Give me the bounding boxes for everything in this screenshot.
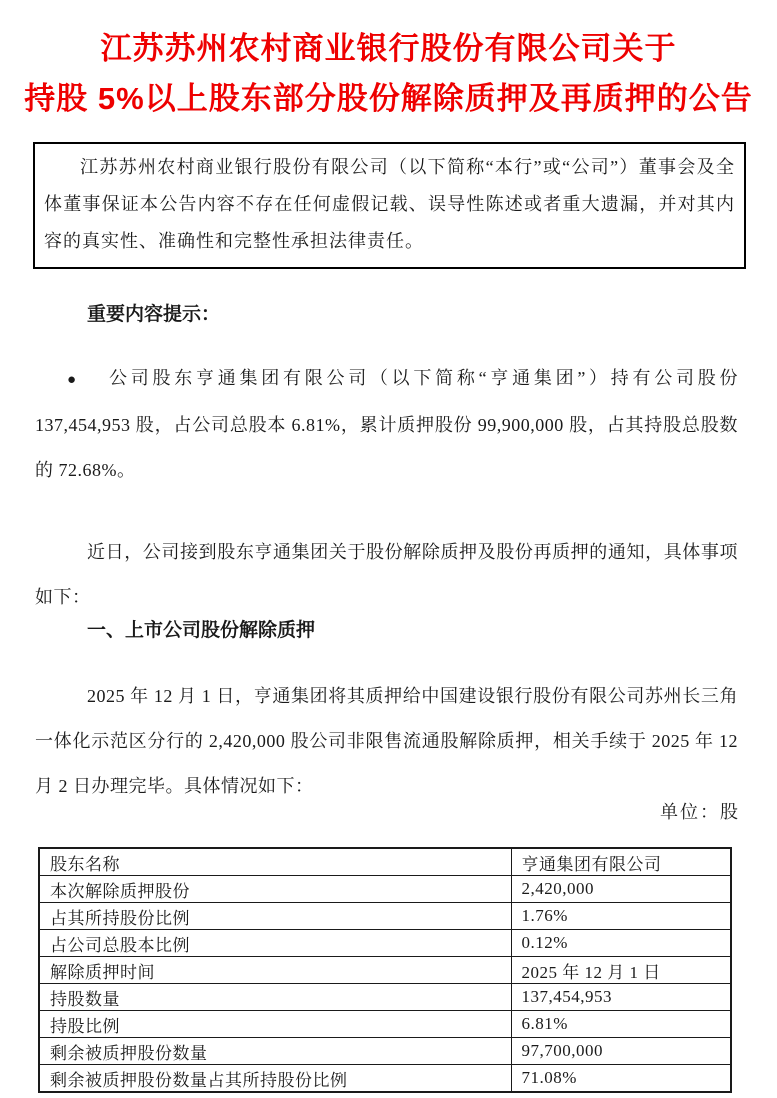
pledge-release-table: 股东名称 亨通集团有限公司 本次解除质押股份 2,420,000 占其所持股份比… xyxy=(38,847,732,1093)
table-row: 解除质押时间 2025 年 12 月 1 日 xyxy=(39,957,731,984)
detail-paragraph: 2025 年 12 月 1 日，亨通集团将其质押给中国建设银行股份有限公司苏州长… xyxy=(35,674,738,809)
row-label-cell: 占公司总股本比例 xyxy=(39,930,511,957)
notice-paragraph: 近日，公司接到股东亨通集团关于股份解除质押及股份再质押的通知，具体事项如下： xyxy=(35,530,738,620)
row-value-cell: 137,454,953 xyxy=(511,984,731,1011)
key-notice-bullet-paragraph: ●公司股东亨通集团有限公司（以下简称“亨通集团”）持有公司股份 137,454,… xyxy=(35,356,738,493)
row-label-cell: 占其所持股份比例 xyxy=(39,903,511,930)
row-value-cell: 2025 年 12 月 1 日 xyxy=(511,957,731,984)
table-row: 剩余被质押股份数量占其所持股份比例 71.08% xyxy=(39,1065,731,1093)
row-label-cell: 持股数量 xyxy=(39,984,511,1011)
table-row: 持股数量 137,454,953 xyxy=(39,984,731,1011)
table-row: 本次解除质押股份 2,420,000 xyxy=(39,876,731,903)
announcement-title: 江苏苏州农村商业银行股份有限公司关于 持股 5%以上股东部分股份解除质押及再质押… xyxy=(0,24,777,124)
table-row: 剩余被质押股份数量 97,700,000 xyxy=(39,1038,731,1065)
row-value-cell: 亨通集团有限公司 xyxy=(511,848,731,876)
row-label-cell: 本次解除质押股份 xyxy=(39,876,511,903)
row-label-cell: 持股比例 xyxy=(39,1011,511,1038)
row-value-cell: 71.08% xyxy=(511,1065,731,1093)
table-row: 占公司总股本比例 0.12% xyxy=(39,930,731,957)
row-value-cell: 1.76% xyxy=(511,903,731,930)
table-row: 股东名称 亨通集团有限公司 xyxy=(39,848,731,876)
title-line-2: 持股 5%以上股东部分股份解除质押及再质押的公告 xyxy=(0,74,777,124)
row-value-cell: 2,420,000 xyxy=(511,876,731,903)
disclaimer-text: 江苏苏州农村商业银行股份有限公司（以下简称“本行”或“公司”）董事会及全体董事保… xyxy=(44,157,735,251)
row-value-cell: 6.81% xyxy=(511,1011,731,1038)
bullet-text: 公司股东亨通集团有限公司（以下简称“亨通集团”）持有公司股份 137,454,9… xyxy=(35,368,738,480)
announcement-page: 江苏苏州农村商业银行股份有限公司关于 持股 5%以上股东部分股份解除质押及再质押… xyxy=(0,0,777,1098)
bullet-icon: ● xyxy=(67,372,80,388)
row-value-cell: 97,700,000 xyxy=(511,1038,731,1065)
table-row: 持股比例 6.81% xyxy=(39,1011,731,1038)
notice-heading: 重要内容提示： xyxy=(35,302,738,328)
title-line-1: 江苏苏州农村商业银行股份有限公司关于 xyxy=(0,24,777,74)
unit-label: 单位：股 xyxy=(660,799,740,825)
section-1-heading: 一、上市公司股份解除质押 xyxy=(35,608,738,653)
row-value-cell: 0.12% xyxy=(511,930,731,957)
table-row: 占其所持股份比例 1.76% xyxy=(39,903,731,930)
row-label-cell: 解除质押时间 xyxy=(39,957,511,984)
row-label-cell: 剩余被质押股份数量占其所持股份比例 xyxy=(39,1065,511,1093)
row-label-cell: 剩余被质押股份数量 xyxy=(39,1038,511,1065)
disclaimer-box: 江苏苏州农村商业银行股份有限公司（以下简称“本行”或“公司”）董事会及全体董事保… xyxy=(33,142,746,269)
row-label-cell: 股东名称 xyxy=(39,848,511,876)
